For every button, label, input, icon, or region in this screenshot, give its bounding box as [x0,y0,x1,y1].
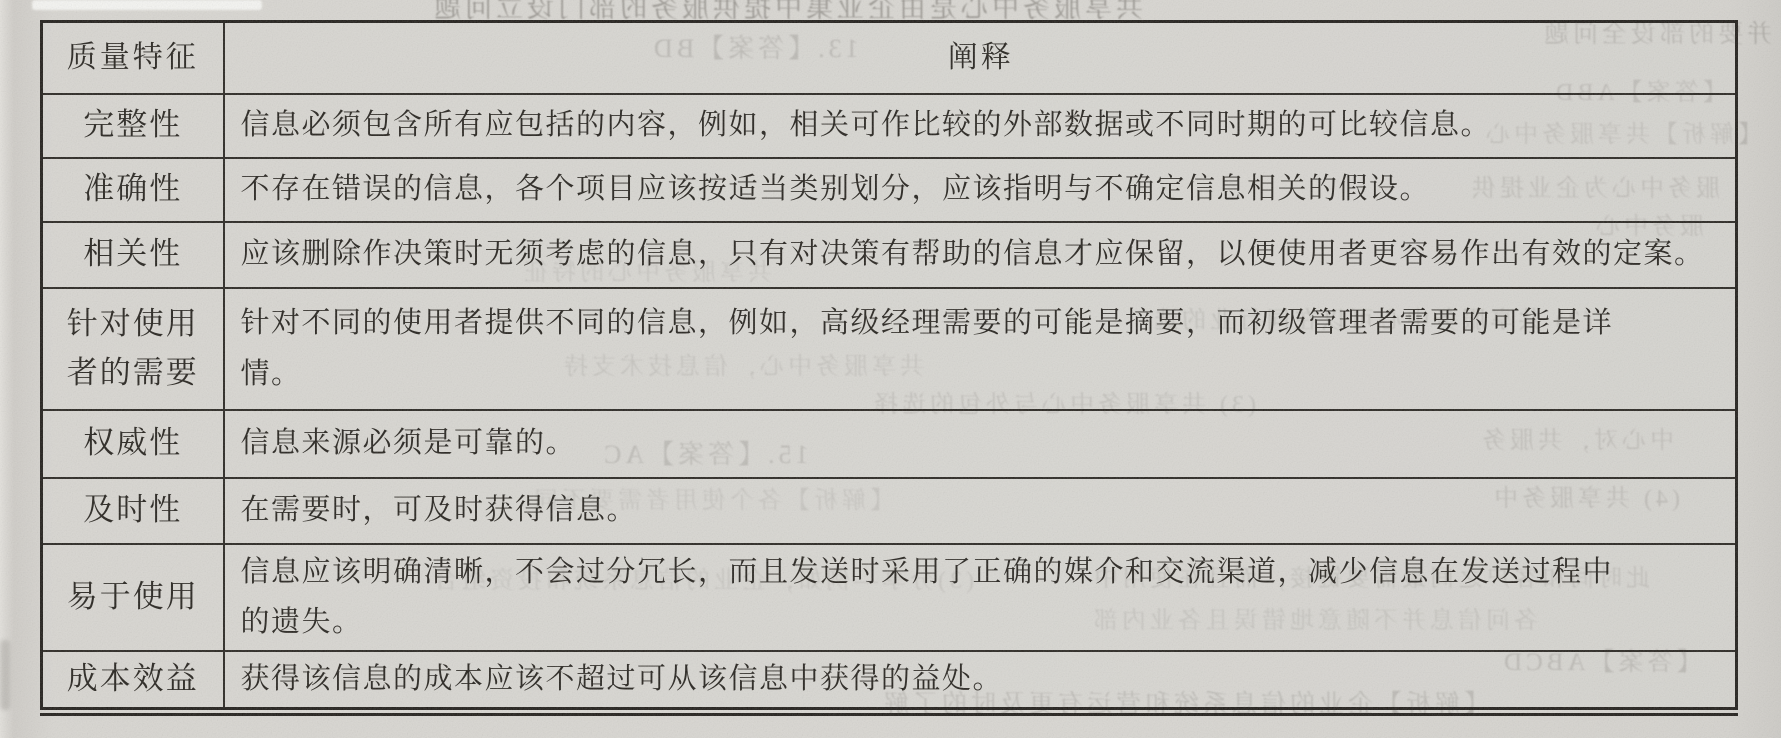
explanation-cell: 针对不同的使用者提供不同的信息，例如，高级经理需要的可能是摘要，而初级管理者需要… [224,288,1737,410]
explanation-cell: 获得该信息的成本应该不超过可从该信息中获得的益处。 [224,651,1737,708]
term-cell: 针对使用 者的需要 [42,288,224,410]
scan-flare [32,0,262,10]
explanation-cell: 在需要时，可及时获得信息。 [224,478,1737,544]
quality-characteristics-table-wrap: 质量特征 阐释 完整性 信息必须包含所有应包括的内容，例如，相关可作比较的外部数… [40,20,1738,716]
table-row: 针对使用 者的需要 针对不同的使用者提供不同的信息，例如，高级经理需要的可能是摘… [42,288,1737,410]
explanation-cell: 信息必须包含所有应包括的内容，例如，相关可作比较的外部数据或不同时期的可比较信息… [224,94,1737,158]
quality-characteristics-table: 质量特征 阐释 完整性 信息必须包含所有应包括的内容，例如，相关可作比较的外部数… [40,20,1738,710]
table-row: 易于使用 信息应该明确清晰，不会过分冗长，而且发送时采用了正确的媒介和交流渠道，… [42,544,1737,652]
explanation-cell: 应该删除作决策时无须考虑的信息，只有对决策有帮助的信息才应保留，以便使用者更容易… [224,222,1737,288]
table-row: 完整性 信息必须包含所有应包括的内容，例如，相关可作比较的外部数据或不同时期的可… [42,94,1737,158]
table-header-row: 质量特征 阐释 [42,22,1737,94]
header-explanation: 阐释 [224,22,1737,94]
term-cell: 相关性 [42,222,224,288]
page-edge [0,0,14,738]
table-row: 相关性 应该删除作决策时无须考虑的信息，只有对决策有帮助的信息才应保留，以便使用… [42,222,1737,288]
header-term: 质量特征 [42,22,224,94]
term-cell: 易于使用 [42,544,224,652]
explanation-cell: 不存在错误的信息，各个项目应该按适当类别划分，应该指明与不确定信息相关的假设。 [224,158,1737,222]
page-edge-smudge [0,640,10,710]
table-row: 准确性 不存在错误的信息，各个项目应该按适当类别划分，应该指明与不确定信息相关的… [42,158,1737,222]
term-cell: 完整性 [42,94,224,158]
table-row: 及时性 在需要时，可及时获得信息。 [42,478,1737,544]
term-cell: 成本效益 [42,651,224,708]
explanation-cell: 信息来源必须是可靠的。 [224,410,1737,478]
table-row: 权威性 信息来源必须是可靠的。 [42,410,1737,478]
table-bottom-double-rule [40,713,1738,716]
explanation-cell: 信息应该明确清晰，不会过分冗长，而且发送时采用了正确的媒介和交流渠道，减少信息在… [224,544,1737,652]
term-cell: 及时性 [42,478,224,544]
term-cell: 准确性 [42,158,224,222]
scanned-page: 共享服务中心是由企业集中提供服务的部门设立问题并要的部设全问题13.【答案】BD… [0,0,1781,738]
term-cell: 权威性 [42,410,224,478]
table-row: 成本效益 获得该信息的成本应该不超过可从该信息中获得的益处。 [42,651,1737,708]
